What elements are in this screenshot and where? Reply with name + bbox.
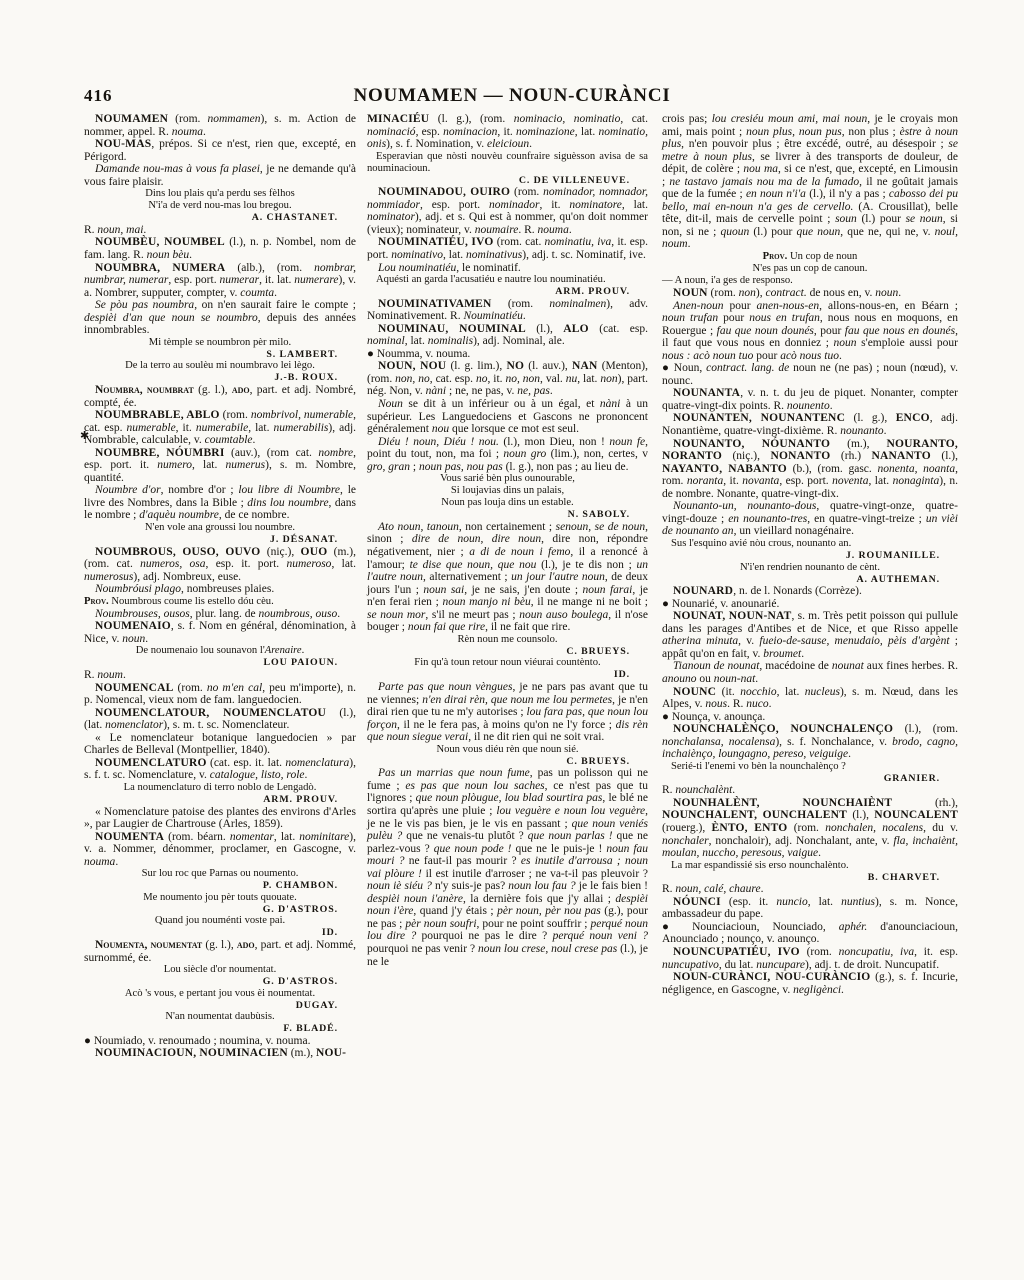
page-title: NOUMAMEN — NOUN-CURÀNCI	[0, 85, 1024, 107]
dictionary-entry: NOUMINADOU, OUIRO (rom. nominador, nomna…	[367, 186, 648, 236]
citation-author: P. CHAMBON.	[84, 880, 356, 892]
verse-quote: Dins lou plais qu'a perdu ses fèlhosN'i'…	[84, 188, 356, 212]
dictionary-entry: NOUMINATIVAMEN (rom. nominalmen), adv. N…	[367, 298, 648, 323]
verse-line: Dins lou plais qu'a perdu ses fèlhos	[84, 188, 356, 200]
verse-quote: Rèn noun me counsolo.	[367, 634, 648, 646]
dictionary-entry: Diéu ! noun, Diéu ! nou. (l.), mon Dieu,…	[367, 436, 648, 474]
dictionary-entry: Tianoun de nounat, macédoine de nounat a…	[662, 660, 958, 685]
citation-author: J.-B. ROUX.	[84, 372, 356, 384]
citation-author: ID.	[367, 669, 648, 681]
verse-line: Quand jou nouménti voste pai.	[84, 915, 356, 927]
text-column-2: MINACIÉU (l. g.), (rom. nominacio, nomin…	[367, 113, 648, 968]
dictionary-entry: NOUN-CURÀNCI, NOU-CURÀNCIO (g.), s. f. I…	[662, 971, 958, 996]
verse-quote: De noumenaio lou sounavon l'Arenaire.	[84, 645, 356, 657]
proverb: Prov. Noumbrous coume lis estello dóu cè…	[84, 596, 356, 608]
verse-line: Si loujavias dins un palais,	[367, 485, 648, 497]
dictionary-entry: NOUNC (it. nocchio, lat. nucleus), s. m.…	[662, 686, 958, 711]
verse-quote: N'an noumentat daubùsis.	[84, 1011, 356, 1023]
dictionary-entry: NOUNCHALÈNÇO, NOUNCHALENÇO (l.), (rom. n…	[662, 723, 958, 761]
dictionary-entry: NOUN (rom. non), contract. de nous en, v…	[662, 287, 958, 300]
dictionary-entry: Parte pas que noun vèngues, je ne pars p…	[367, 681, 648, 744]
quoted-example: Sus l'esquino avié nòu crous, nounanto a…	[662, 538, 958, 550]
text-paragraph: R. noun, mai.	[84, 224, 356, 237]
verse-line: Mi tèmple se noumbron pèr milo.	[84, 337, 356, 349]
verse-line: N'i'a de verd nou-mas lou bregou.	[84, 200, 356, 212]
dictionary-entry: « Le nomenclateur botanique languedocien…	[84, 732, 356, 757]
verse-line: Rèn noun me counsolo.	[367, 634, 648, 646]
verse-line: De la terro au soulèu mi noumbravo lei l…	[84, 360, 356, 372]
dictionary-entry: Noumbra, noumbrat (g. l.), ado, part. et…	[84, 384, 356, 409]
verse-quote: Sur lou roc que Parnas ou noumento.	[84, 868, 356, 880]
citation-author: C. BRUEYS.	[367, 646, 648, 658]
verse-line: La noumenclaturo di terro noblo de Lenga…	[84, 782, 356, 794]
verse-line: Sur lou roc que Parnas ou noumento.	[84, 868, 356, 880]
verse-line: Noun vous diéu rèn que noun sié.	[367, 744, 648, 756]
citation-author: LOU PAIOUN.	[84, 657, 356, 669]
text-column-1: NOUMAMEN (rom. nommamen), s. m. Action d…	[84, 113, 356, 1060]
citation-author: ARM. PROUV.	[367, 286, 648, 298]
dictionary-entry: NOU-MAS, prépos. Si ce n'est, rien que, …	[84, 138, 356, 163]
citation-author: S. LAMBERT.	[84, 349, 356, 361]
verse-line: Lou siècle d'or noumentat.	[84, 964, 356, 976]
verse-quote: De la terro au soulèu mi noumbravo lei l…	[84, 360, 356, 372]
verse-line: Noun pas louja dins un estable.	[367, 497, 648, 509]
dictionary-entry: NOUNANTA, v. n. t. du jeu de piquet. Non…	[662, 387, 958, 412]
quoted-example: Esperavian que nòsti nouvèu counfraire s…	[367, 151, 648, 175]
verse-quote: Quand jou nouménti voste pai.	[84, 915, 356, 927]
verse-quote: La noumenclaturo di terro noblo de Lenga…	[84, 782, 356, 794]
proverb: — A noun, i'a ges de responso.	[662, 275, 958, 287]
text-column-3: crois pas; lou cresiéu moun ami, mai nou…	[662, 113, 958, 996]
dictionary-entry: Noumbrouses, ousos, plur. lang. de noumb…	[84, 608, 356, 621]
dictionary-entry: NOUMBRABLE, ABLO (rom. nombrivol, numera…	[84, 409, 356, 447]
dictionary-entry: Noumbróusi plago, nombreuses plaies.	[84, 583, 356, 596]
citation-author: G. D'ASTROS.	[84, 976, 356, 988]
verse-line: N'an noumentat daubùsis.	[84, 1011, 356, 1023]
verse-line: Me noumento jou pèr touts quouate.	[84, 892, 356, 904]
verse-quote: Lou siècle d'or noumentat.	[84, 964, 356, 976]
dictionary-entry: NÓUNCI (esp. it. nuncio, lat. nuntius), …	[662, 896, 958, 921]
dictionary-entry: NOUNHALÈNT, NOUNCHAIÈNT (rh.), NOUNCHALE…	[662, 797, 958, 860]
dictionary-entry: « Nomenclature patoise des plantes des e…	[84, 806, 356, 831]
verse-line: Fin qu'à toun retour noun viéurai countè…	[367, 657, 648, 669]
dictionary-entry: NOUMENAIO, s. f. Nom en général, dénomin…	[84, 620, 356, 645]
dictionary-entry: NOUNAT, NOUN-NAT, s. m. Très petit poiss…	[662, 610, 958, 660]
verse-line: N'es pas un cop de canoun.	[662, 263, 958, 275]
citation-author: A. CHASTANET.	[84, 212, 356, 224]
dictionary-entry: Se pòu pas noumbra, on n'en saurait fair…	[84, 299, 356, 337]
text-paragraph: ● Nounça, v. anounça.	[662, 711, 958, 724]
verse-line: Acò 's vous, e pertant jou vous èi noume…	[84, 988, 356, 1000]
dictionary-entry: Noumenta, noumentat (g. l.), ado, part. …	[84, 939, 356, 964]
verse-quote: Vous sarié bèn plus ounourable,Si loujav…	[367, 473, 648, 509]
dictionary-entry: NOUNCUPATIÉU, IVO (rom. noncupatiu, iva,…	[662, 946, 958, 971]
dictionary-entry: NOUNANTEN, NOUNANTENC (l. g.), ENCO, adj…	[662, 412, 958, 437]
verse-line: N'i'en rendrien nounanto de cènt.	[662, 562, 958, 574]
dictionary-page: 416 NOUMAMEN — NOUN-CURÀNCI NOUMAMEN (ro…	[0, 0, 1024, 1280]
citation-author: GRANIER.	[662, 773, 958, 785]
text-paragraph: ● Noun, contract. lang. de noun ne (ne p…	[662, 362, 958, 387]
text-paragraph: MINACIÉU (l. g.), (rom. nominacio, nomin…	[367, 113, 648, 151]
verse-quote: Prov. Un cop de nounN'es pas un cop de c…	[662, 251, 958, 275]
citation-author: C. DE VILLENEUVE.	[367, 175, 648, 187]
citation-author: F. BLADÉ.	[84, 1023, 356, 1035]
citation-author: J. DÉSANAT.	[84, 534, 356, 546]
dictionary-entry: Noumbre d'or, nombre d'or ; lou libre di…	[84, 484, 356, 522]
verse-quote: Mi tèmple se noumbron pèr milo.	[84, 337, 356, 349]
dictionary-entry: NOUMBROUS, OUSO, OUVO (niç.), OUO (m.), …	[84, 546, 356, 584]
quoted-example: Aquésti an garda l'acusatiéu e nautre lo…	[367, 274, 648, 286]
citation-author: J. ROUMANILLE.	[662, 550, 958, 562]
dictionary-entry: NOUMENCLATURO (cat. esp. it. lat. nomenc…	[84, 757, 356, 782]
verse-quote: Noun vous diéu rèn que noun sié.	[367, 744, 648, 756]
dictionary-entry: Pas un marrias que noun fume, pas un pol…	[367, 767, 648, 968]
dictionary-entry: NOUMINACIOUN, NOUMINACIEN (m.), NOU-	[84, 1047, 356, 1060]
verse-line: N'en vole ana groussi lou noumbre.	[84, 522, 356, 534]
dictionary-entry: NOUMENCAL (rom. no m'en cal, peu m'impor…	[84, 682, 356, 707]
verse-quote: Acò 's vous, e pertant jou vous èi noume…	[84, 988, 356, 1000]
citation-author: DUGAY.	[84, 1000, 356, 1012]
verse-quote: Me noumento jou pèr touts quouate.	[84, 892, 356, 904]
margin-star-icon: ✱	[69, 430, 89, 443]
dictionary-entry: Nounanto-un, nounanto-dous, quatre-vingt…	[662, 500, 958, 538]
text-paragraph: R. nounchalènt.	[662, 784, 958, 797]
text-paragraph: crois pas; lou cresiéu moun ami, mai nou…	[662, 113, 958, 251]
text-paragraph: R. noun, calé, chaure.	[662, 883, 958, 896]
verse-quote: N'en vole ana groussi lou noumbre.	[84, 522, 356, 534]
dictionary-entry: NOUN, NOU (l. g. lim.), NO (l. auv.), NA…	[367, 360, 648, 398]
verse-line: Prov. Un cop de noun	[662, 251, 958, 263]
verse-line: De noumenaio lou sounavon l'Arenaire.	[84, 645, 356, 657]
citation-author: G. D'ASTROS.	[84, 904, 356, 916]
verse-quote: N'i'en rendrien nounanto de cènt.	[662, 562, 958, 574]
text-paragraph: R. noum.	[84, 669, 356, 682]
quoted-example: La mar espandissié sis erso nounchalènto…	[662, 860, 958, 872]
dictionary-entry: Noun se dit à un inférieur ou à un égal,…	[367, 398, 648, 436]
dictionary-entry: NOUMAMEN (rom. nommamen), s. m. Action d…	[84, 113, 356, 138]
citation-author: ARM. PROUV.	[84, 794, 356, 806]
dictionary-entry: Ato noun, tanoun, non certainement ; sen…	[367, 521, 648, 634]
dictionary-entry: NOUMBÈU, NOUMBEL (l.), n. p. Nombel, nom…	[84, 236, 356, 261]
citation-author: A. AUTHEMAN.	[662, 574, 958, 586]
dictionary-entry: Damande nou-mas à vous fa plasei, je ne …	[84, 163, 356, 188]
text-paragraph: ● Nounciacioun, Nounciado, aphér. d'anou…	[662, 921, 958, 946]
dictionary-entry: NOUNANTO, NÓUNANTO (m.), NOURANTO, NORAN…	[662, 438, 958, 501]
citation-author: ID.	[84, 927, 356, 939]
citation-author: C. BRUEYS.	[367, 756, 648, 768]
dictionary-entry: NOUMINATIÉU, IVO (rom. cat. nominatiu, i…	[367, 236, 648, 261]
dictionary-entry: NOUMBRA, NUMERA (alb.), (rom. nombrar, n…	[84, 262, 356, 300]
dictionary-entry: NOUMINAU, NOUMINAL (l.), ALO (cat. esp. …	[367, 323, 648, 348]
citation-author: B. CHARVET.	[662, 872, 958, 884]
text-paragraph: ● Noumma, v. nouma.	[367, 348, 648, 361]
verse-line: Vous sarié bèn plus ounourable,	[367, 473, 648, 485]
dictionary-entry: NOUNARD, n. de l. Nonards (Corrèze).	[662, 585, 958, 598]
verse-quote: Fin qu'à toun retour noun viéurai countè…	[367, 657, 648, 669]
citation-author: N. SABOLY.	[367, 509, 648, 521]
dictionary-entry: Lou nouminatiéu, le nominatif.	[367, 262, 648, 275]
dictionary-entry: Anen-noun pour anen-nous-en, allons-nous…	[662, 300, 958, 363]
dictionary-entry: NOUMENTA (rom. béarn. nomentar, lat. nom…	[84, 831, 356, 869]
quoted-example: Serié-ti l'enemi vo bèn la nounchalènço …	[662, 761, 958, 773]
text-paragraph: ● Nounarié, v. anounarié.	[662, 598, 958, 611]
dictionary-entry: NOUMBRE, NÓUMBRI (auv.), (rom cat. nombr…	[84, 447, 356, 485]
dictionary-entry: NOUMENCLATOUR, NOUMENCLATOU (l.), (lat. …	[84, 707, 356, 732]
text-paragraph: ● Noumiado, v. renoumado ; noumina, v. n…	[84, 1035, 356, 1048]
